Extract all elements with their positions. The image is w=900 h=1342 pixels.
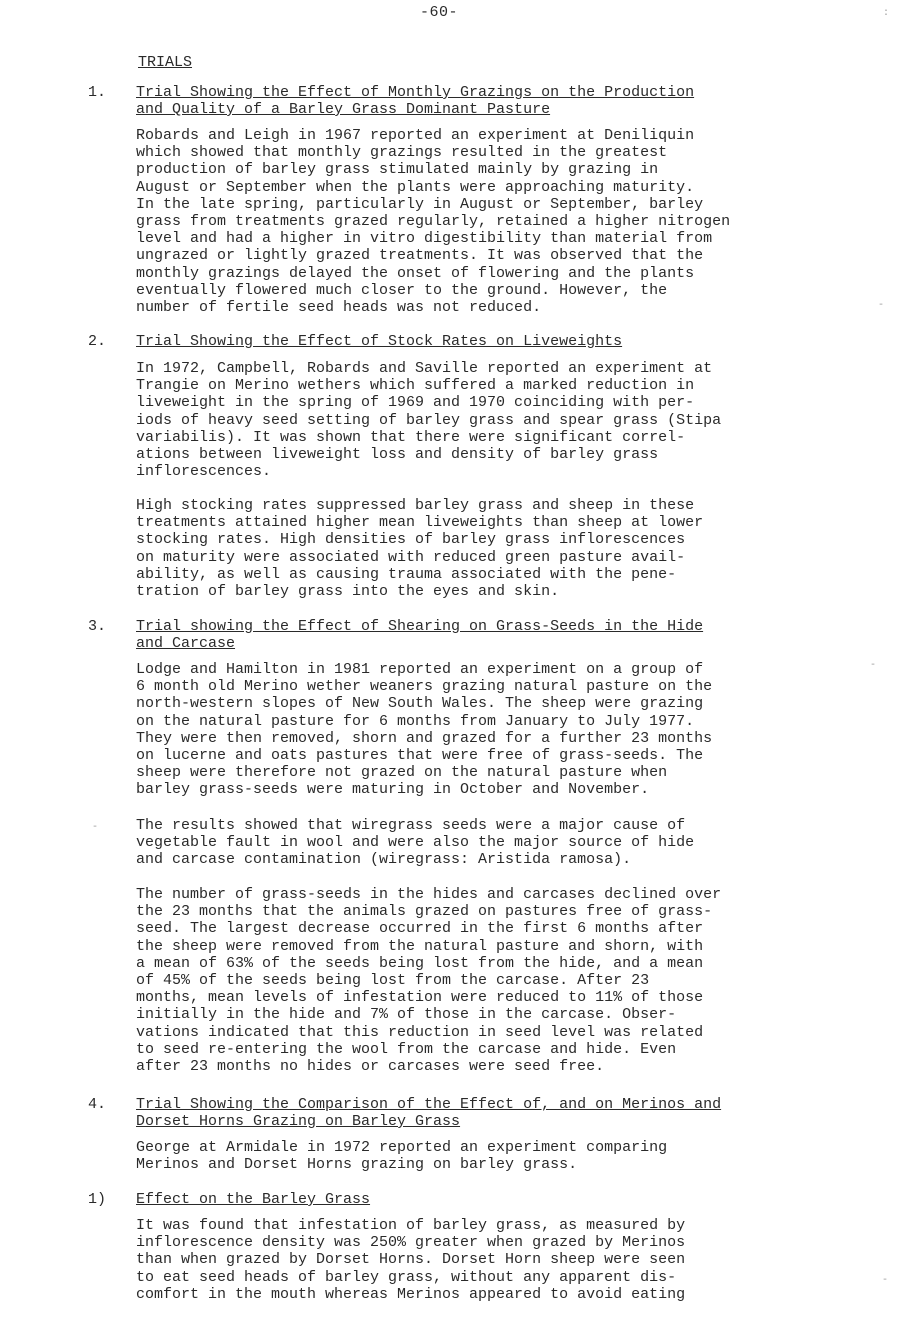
trial-3-title: Trial showing the Effect of Shearing on … [136, 618, 796, 652]
scan-mark: - [878, 300, 884, 311]
section-title: TRIALS [138, 54, 192, 71]
trial-4-number: 4. [88, 1096, 106, 1113]
trial-2-paragraph-1: In 1972, Campbell, Robards and Saville r… [136, 360, 816, 480]
trial-2-paragraph-2: High stocking rates suppressed barley gr… [136, 497, 816, 600]
trial-1-paragraph-1: Robards and Leigh in 1967 reported an ex… [136, 127, 816, 316]
trial-3-paragraph-3: The number of grass-seeds in the hides a… [136, 886, 816, 1075]
trial-3-paragraph-2: The results showed that wiregrass seeds … [136, 817, 816, 869]
trial-4-paragraph-1: George at Armidale in 1972 reported an e… [136, 1139, 816, 1173]
trial-3-paragraph-1: Lodge and Hamilton in 1981 reported an e… [136, 661, 816, 799]
scan-mark: - [92, 822, 98, 833]
scan-mark: - [882, 1275, 888, 1286]
trial-3-number: 3. [88, 618, 106, 635]
page-number: -60- [420, 4, 458, 21]
trial-2-number: 2. [88, 333, 106, 350]
trial-1-title: Trial Showing the Effect of Monthly Graz… [136, 84, 796, 118]
trial-4-title: Trial Showing the Comparison of the Effe… [136, 1096, 796, 1130]
subsection-1-title: Effect on the Barley Grass [136, 1191, 796, 1208]
trial-1-number: 1. [88, 84, 106, 101]
scan-mark: - [870, 660, 876, 671]
subsection-1-paragraph-1: It was found that infestation of barley … [136, 1217, 816, 1303]
subsection-1-number: 1) [88, 1191, 106, 1208]
scan-mark: : [883, 8, 889, 19]
trial-2-title: Trial Showing the Effect of Stock Rates … [136, 333, 796, 350]
